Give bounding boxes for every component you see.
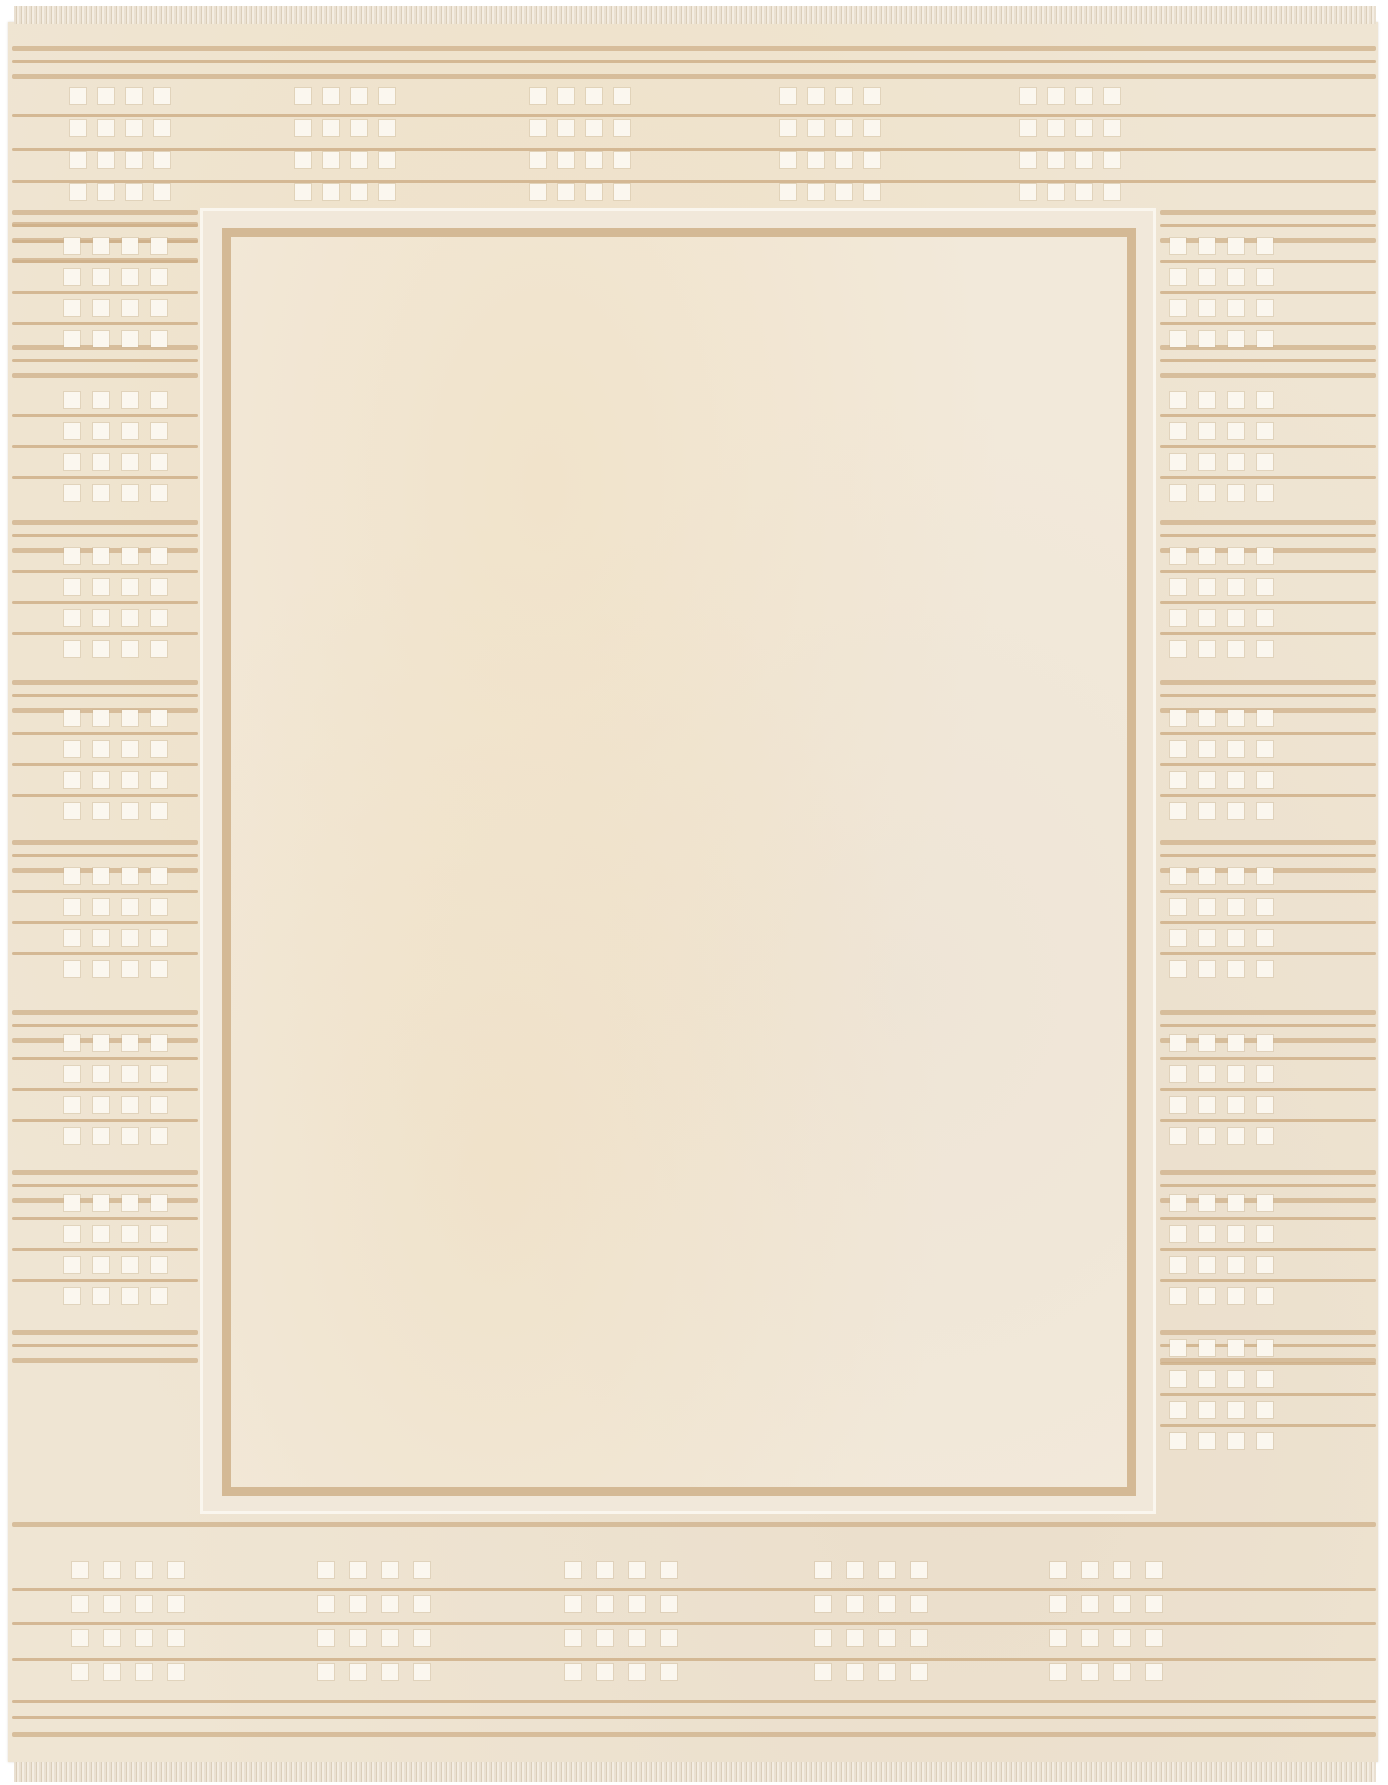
square-motif bbox=[379, 88, 395, 104]
square-motif bbox=[151, 1257, 167, 1273]
square-motif bbox=[151, 331, 167, 347]
square-motif bbox=[1199, 1066, 1215, 1082]
square-motif bbox=[530, 88, 546, 104]
square-motif bbox=[1050, 1562, 1066, 1578]
square-motif bbox=[151, 1128, 167, 1144]
square-motif bbox=[1228, 1402, 1244, 1418]
square-motif bbox=[1257, 1097, 1273, 1113]
square-motif bbox=[1228, 1097, 1244, 1113]
square-motif bbox=[122, 868, 138, 884]
square-motif bbox=[1228, 1340, 1244, 1356]
square-motif bbox=[1199, 1433, 1215, 1449]
square-motif bbox=[1228, 485, 1244, 501]
square-motif bbox=[64, 392, 80, 408]
square-motif bbox=[122, 331, 138, 347]
square-motif bbox=[122, 485, 138, 501]
square-motif bbox=[122, 300, 138, 316]
square-motif bbox=[1228, 772, 1244, 788]
square-motif bbox=[879, 1562, 895, 1578]
square-motif bbox=[351, 184, 367, 200]
square-motif bbox=[780, 120, 796, 136]
square-motif bbox=[151, 772, 167, 788]
stripe bbox=[12, 1522, 1376, 1527]
square-motif bbox=[1228, 741, 1244, 757]
square-motif bbox=[70, 152, 86, 168]
stripe bbox=[12, 1344, 198, 1347]
square-motif bbox=[1104, 88, 1120, 104]
stripe bbox=[1160, 1184, 1376, 1187]
square-motif bbox=[126, 120, 142, 136]
square-motif bbox=[629, 1562, 645, 1578]
stripe bbox=[1160, 1362, 1376, 1365]
square-motif bbox=[1257, 269, 1273, 285]
square-motif bbox=[565, 1664, 581, 1680]
square-motif bbox=[72, 1664, 88, 1680]
stripe bbox=[12, 732, 198, 735]
square-motif bbox=[93, 1226, 109, 1242]
square-motif bbox=[1199, 454, 1215, 470]
square-motif bbox=[93, 331, 109, 347]
square-motif bbox=[864, 184, 880, 200]
square-motif bbox=[126, 88, 142, 104]
stripe bbox=[12, 114, 1376, 117]
square-motif bbox=[1257, 610, 1273, 626]
square-motif bbox=[1228, 331, 1244, 347]
square-motif bbox=[1170, 423, 1186, 439]
square-motif bbox=[1199, 961, 1215, 977]
square-motif bbox=[815, 1664, 831, 1680]
square-motif bbox=[586, 120, 602, 136]
square-motif bbox=[151, 392, 167, 408]
square-motif bbox=[122, 238, 138, 254]
square-motif bbox=[72, 1596, 88, 1612]
square-motif bbox=[1228, 454, 1244, 470]
square-motif bbox=[1048, 152, 1064, 168]
square-motif bbox=[614, 184, 630, 200]
square-motif bbox=[911, 1596, 927, 1612]
stripe bbox=[12, 148, 1376, 151]
stripe bbox=[12, 1716, 1376, 1719]
square-motif bbox=[151, 579, 167, 595]
square-motif bbox=[879, 1630, 895, 1646]
square-motif bbox=[1257, 741, 1273, 757]
square-motif bbox=[64, 868, 80, 884]
square-motif bbox=[1170, 1066, 1186, 1082]
square-motif bbox=[382, 1664, 398, 1680]
square-motif bbox=[1170, 1195, 1186, 1211]
square-motif bbox=[122, 1288, 138, 1304]
square-motif bbox=[1170, 269, 1186, 285]
square-motif bbox=[64, 1097, 80, 1113]
square-motif bbox=[93, 1288, 109, 1304]
stripe bbox=[1160, 1217, 1376, 1220]
stripe bbox=[1160, 414, 1376, 417]
stripe bbox=[12, 1170, 198, 1175]
square-motif bbox=[151, 300, 167, 316]
square-motif bbox=[126, 184, 142, 200]
square-motif bbox=[1228, 1257, 1244, 1273]
stripe bbox=[1160, 534, 1376, 537]
square-motif bbox=[136, 1596, 152, 1612]
square-motif bbox=[64, 1066, 80, 1082]
stripe bbox=[1160, 373, 1376, 378]
square-motif bbox=[122, 610, 138, 626]
square-motif bbox=[379, 184, 395, 200]
stripe bbox=[1160, 1119, 1376, 1122]
square-motif bbox=[1199, 741, 1215, 757]
square-motif bbox=[1257, 1433, 1273, 1449]
square-motif bbox=[1257, 899, 1273, 915]
square-motif bbox=[1257, 423, 1273, 439]
square-motif bbox=[1170, 1402, 1186, 1418]
stripe bbox=[1160, 694, 1376, 697]
square-motif bbox=[1199, 1340, 1215, 1356]
square-motif bbox=[168, 1596, 184, 1612]
stripe bbox=[12, 210, 198, 215]
square-motif bbox=[70, 184, 86, 200]
square-motif bbox=[1228, 803, 1244, 819]
square-motif bbox=[1170, 1226, 1186, 1242]
square-motif bbox=[1199, 868, 1215, 884]
square-motif bbox=[1199, 1128, 1215, 1144]
square-motif bbox=[93, 868, 109, 884]
square-motif bbox=[122, 961, 138, 977]
square-motif bbox=[815, 1562, 831, 1578]
stripe bbox=[12, 1057, 198, 1060]
square-motif bbox=[93, 899, 109, 915]
square-motif bbox=[565, 1630, 581, 1646]
square-motif bbox=[154, 88, 170, 104]
square-motif bbox=[1257, 868, 1273, 884]
square-motif bbox=[93, 300, 109, 316]
stripe bbox=[12, 1330, 198, 1335]
square-motif bbox=[530, 152, 546, 168]
square-motif bbox=[295, 88, 311, 104]
stripe bbox=[1160, 732, 1376, 735]
stripe bbox=[12, 60, 1376, 63]
square-motif bbox=[350, 1562, 366, 1578]
square-motif bbox=[1257, 300, 1273, 316]
square-motif bbox=[64, 899, 80, 915]
stripe bbox=[12, 1010, 198, 1015]
square-motif bbox=[351, 88, 367, 104]
square-motif bbox=[1114, 1664, 1130, 1680]
square-motif bbox=[98, 120, 114, 136]
square-motif bbox=[64, 961, 80, 977]
square-motif bbox=[661, 1664, 677, 1680]
square-motif bbox=[64, 1257, 80, 1273]
stripe bbox=[1160, 1057, 1376, 1060]
stripe bbox=[12, 224, 198, 227]
stripe bbox=[1160, 1170, 1376, 1175]
square-motif bbox=[122, 803, 138, 819]
square-motif bbox=[151, 1066, 167, 1082]
square-motif bbox=[323, 152, 339, 168]
square-motif bbox=[1257, 1128, 1273, 1144]
square-motif bbox=[1257, 1226, 1273, 1242]
stripe bbox=[1160, 291, 1376, 294]
square-motif bbox=[1170, 1433, 1186, 1449]
square-motif bbox=[1228, 930, 1244, 946]
square-motif bbox=[1050, 1630, 1066, 1646]
square-motif bbox=[1076, 88, 1092, 104]
square-motif bbox=[1050, 1596, 1066, 1612]
square-motif bbox=[1170, 868, 1186, 884]
stripe bbox=[12, 680, 198, 685]
square-motif bbox=[151, 741, 167, 757]
square-motif bbox=[1170, 961, 1186, 977]
square-motif bbox=[1170, 485, 1186, 501]
square-motif bbox=[864, 120, 880, 136]
square-motif bbox=[1199, 1402, 1215, 1418]
square-motif bbox=[168, 1562, 184, 1578]
square-motif bbox=[136, 1630, 152, 1646]
square-motif bbox=[379, 120, 395, 136]
square-motif bbox=[64, 710, 80, 726]
square-motif bbox=[1114, 1596, 1130, 1612]
square-motif bbox=[1170, 238, 1186, 254]
square-motif bbox=[836, 120, 852, 136]
square-motif bbox=[1199, 1226, 1215, 1242]
square-motif bbox=[151, 1226, 167, 1242]
square-motif bbox=[1228, 423, 1244, 439]
square-motif bbox=[154, 152, 170, 168]
square-motif bbox=[780, 184, 796, 200]
square-motif bbox=[1114, 1630, 1130, 1646]
square-motif bbox=[836, 184, 852, 200]
square-motif bbox=[808, 88, 824, 104]
square-motif bbox=[597, 1562, 613, 1578]
square-motif bbox=[1170, 610, 1186, 626]
square-motif bbox=[1170, 300, 1186, 316]
square-motif bbox=[122, 930, 138, 946]
square-motif bbox=[64, 772, 80, 788]
square-motif bbox=[1170, 454, 1186, 470]
square-motif bbox=[151, 1035, 167, 1051]
square-motif bbox=[151, 1097, 167, 1113]
square-motif bbox=[1199, 1257, 1215, 1273]
square-motif bbox=[350, 1664, 366, 1680]
square-motif bbox=[64, 641, 80, 657]
square-motif bbox=[1104, 152, 1120, 168]
square-motif bbox=[122, 269, 138, 285]
stripe bbox=[12, 840, 198, 845]
square-motif bbox=[597, 1596, 613, 1612]
square-motif bbox=[1257, 641, 1273, 657]
square-motif bbox=[93, 423, 109, 439]
square-motif bbox=[414, 1630, 430, 1646]
square-motif bbox=[1199, 610, 1215, 626]
fringe-top bbox=[14, 6, 1376, 24]
square-motif bbox=[1257, 1371, 1273, 1387]
square-motif bbox=[64, 1035, 80, 1051]
square-motif bbox=[93, 772, 109, 788]
square-motif bbox=[151, 930, 167, 946]
square-motif bbox=[351, 120, 367, 136]
square-motif bbox=[93, 238, 109, 254]
square-motif bbox=[1228, 548, 1244, 564]
square-motif bbox=[1170, 772, 1186, 788]
square-motif bbox=[1170, 641, 1186, 657]
stripe bbox=[1160, 952, 1376, 955]
stripe bbox=[1160, 840, 1376, 845]
square-motif bbox=[151, 803, 167, 819]
square-motif bbox=[1146, 1596, 1162, 1612]
square-motif bbox=[382, 1630, 398, 1646]
square-motif bbox=[586, 184, 602, 200]
square-motif bbox=[911, 1630, 927, 1646]
square-motif bbox=[1199, 803, 1215, 819]
square-motif bbox=[1257, 238, 1273, 254]
square-motif bbox=[70, 120, 86, 136]
square-motif bbox=[295, 152, 311, 168]
square-motif bbox=[414, 1596, 430, 1612]
square-motif bbox=[1228, 1371, 1244, 1387]
square-motif bbox=[1170, 1340, 1186, 1356]
square-motif bbox=[1257, 331, 1273, 347]
square-motif bbox=[1257, 1257, 1273, 1273]
square-motif bbox=[318, 1630, 334, 1646]
square-motif bbox=[93, 548, 109, 564]
square-motif bbox=[72, 1562, 88, 1578]
square-motif bbox=[1170, 1288, 1186, 1304]
square-motif bbox=[1228, 238, 1244, 254]
square-motif bbox=[1257, 392, 1273, 408]
square-motif bbox=[72, 1630, 88, 1646]
stripe bbox=[12, 1658, 1376, 1661]
square-motif bbox=[1114, 1562, 1130, 1578]
square-motif bbox=[1170, 331, 1186, 347]
stripe bbox=[12, 794, 198, 797]
square-motif bbox=[1257, 1288, 1273, 1304]
square-motif bbox=[1048, 184, 1064, 200]
square-motif bbox=[614, 120, 630, 136]
square-motif bbox=[122, 1097, 138, 1113]
square-motif bbox=[911, 1562, 927, 1578]
square-motif bbox=[530, 184, 546, 200]
square-motif bbox=[1199, 899, 1215, 915]
square-motif bbox=[1257, 1195, 1273, 1211]
square-motif bbox=[93, 1128, 109, 1144]
square-motif bbox=[151, 610, 167, 626]
square-motif bbox=[104, 1596, 120, 1612]
square-motif bbox=[1228, 899, 1244, 915]
square-motif bbox=[122, 392, 138, 408]
stripe bbox=[12, 694, 198, 697]
stripe bbox=[12, 1279, 198, 1282]
square-motif bbox=[151, 269, 167, 285]
stripe bbox=[1160, 445, 1376, 448]
stripe bbox=[12, 1088, 198, 1091]
square-motif bbox=[808, 152, 824, 168]
square-motif bbox=[323, 120, 339, 136]
square-motif bbox=[864, 152, 880, 168]
square-motif bbox=[64, 579, 80, 595]
square-motif bbox=[1170, 710, 1186, 726]
square-motif bbox=[629, 1630, 645, 1646]
stripe bbox=[12, 854, 198, 857]
square-motif bbox=[122, 1257, 138, 1273]
square-motif bbox=[1170, 392, 1186, 408]
square-motif bbox=[1228, 300, 1244, 316]
square-motif bbox=[614, 88, 630, 104]
square-motif bbox=[661, 1596, 677, 1612]
square-motif bbox=[93, 1035, 109, 1051]
stripe bbox=[12, 1700, 1376, 1703]
square-motif bbox=[318, 1596, 334, 1612]
square-motif bbox=[154, 184, 170, 200]
square-motif bbox=[1199, 710, 1215, 726]
square-motif bbox=[122, 579, 138, 595]
stripe bbox=[1160, 1424, 1376, 1427]
stripe bbox=[12, 46, 1376, 51]
square-motif bbox=[1170, 1097, 1186, 1113]
stripe bbox=[12, 322, 198, 325]
square-motif bbox=[1146, 1630, 1162, 1646]
square-motif bbox=[1199, 579, 1215, 595]
stripe bbox=[12, 291, 198, 294]
square-motif bbox=[414, 1562, 430, 1578]
stripe bbox=[1160, 680, 1376, 685]
square-motif bbox=[1228, 710, 1244, 726]
square-motif bbox=[98, 88, 114, 104]
square-motif bbox=[847, 1630, 863, 1646]
square-motif bbox=[1199, 930, 1215, 946]
square-motif bbox=[629, 1664, 645, 1680]
square-motif bbox=[879, 1596, 895, 1612]
square-motif bbox=[1199, 300, 1215, 316]
square-motif bbox=[122, 1226, 138, 1242]
fringe-bottom bbox=[14, 1762, 1376, 1782]
square-motif bbox=[154, 120, 170, 136]
stripe bbox=[12, 534, 198, 537]
square-motif bbox=[586, 88, 602, 104]
square-motif bbox=[1228, 641, 1244, 657]
square-motif bbox=[1257, 1402, 1273, 1418]
stripe bbox=[1160, 1330, 1376, 1335]
stripe bbox=[1160, 763, 1376, 766]
square-motif bbox=[661, 1562, 677, 1578]
square-motif bbox=[1199, 423, 1215, 439]
square-motif bbox=[1199, 238, 1215, 254]
square-motif bbox=[93, 1195, 109, 1211]
square-motif bbox=[64, 930, 80, 946]
square-motif bbox=[565, 1596, 581, 1612]
square-motif bbox=[1020, 184, 1036, 200]
square-motif bbox=[64, 741, 80, 757]
square-motif bbox=[1170, 803, 1186, 819]
square-motif bbox=[414, 1664, 430, 1680]
stripe bbox=[12, 570, 198, 573]
square-motif bbox=[151, 899, 167, 915]
square-motif bbox=[847, 1562, 863, 1578]
stripe bbox=[12, 445, 198, 448]
stripe bbox=[12, 632, 198, 635]
square-motif bbox=[93, 641, 109, 657]
square-motif bbox=[64, 238, 80, 254]
square-motif bbox=[136, 1664, 152, 1680]
stripe bbox=[12, 890, 198, 893]
square-motif bbox=[64, 331, 80, 347]
square-motif bbox=[64, 610, 80, 626]
square-motif bbox=[151, 548, 167, 564]
square-motif bbox=[1082, 1596, 1098, 1612]
square-motif bbox=[350, 1596, 366, 1612]
square-motif bbox=[1082, 1664, 1098, 1680]
stripe bbox=[1160, 224, 1376, 227]
square-motif bbox=[1170, 1128, 1186, 1144]
square-motif bbox=[530, 120, 546, 136]
